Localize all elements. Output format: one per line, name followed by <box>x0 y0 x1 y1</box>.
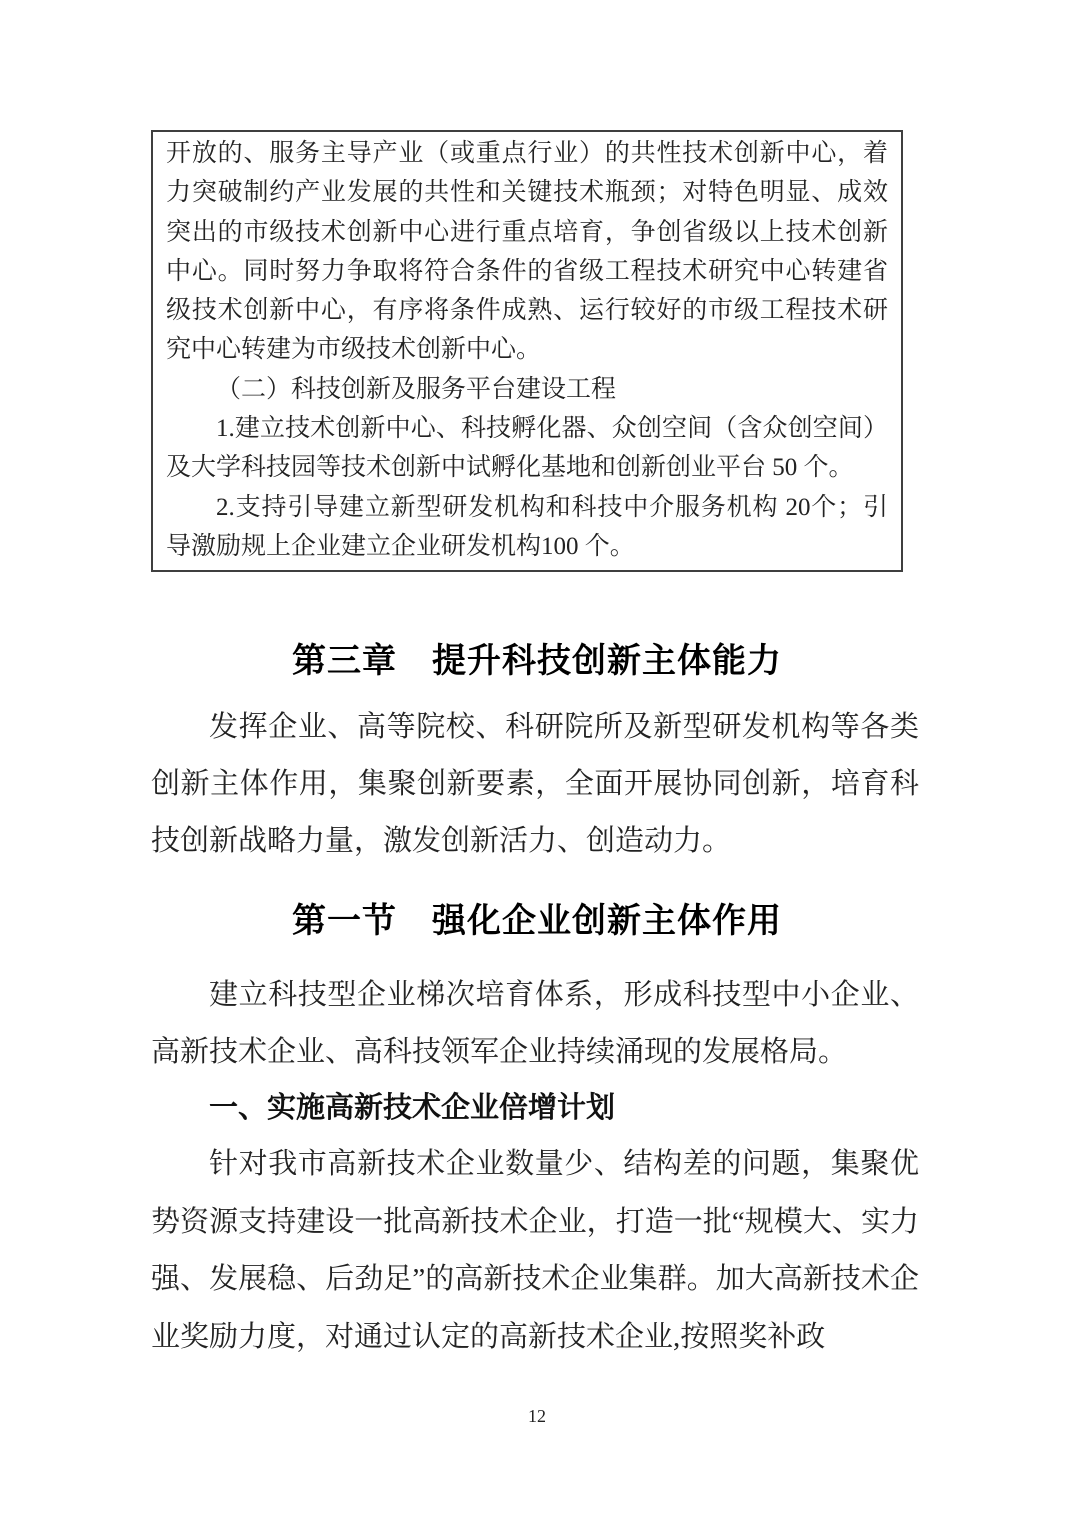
page-number: 12 <box>0 1406 1074 1427</box>
boxed-paragraph-continuation: 开放的、服务主导产业（或重点行业）的共性技术创新中心，着力突破制约产业发展的共性… <box>166 134 888 370</box>
boxed-paragraph-item-1: 1.建立技术创新中心、科技孵化器、众创空间（含众创空间）及大学科技园等技术创新中… <box>166 409 888 488</box>
subsection-body-paragraph: 针对我市高新技术企业数量少、结构差的问题，集聚优势资源支持建设一批高新技术企业，… <box>151 1136 919 1366</box>
chapter-heading: 第三章 提升科技创新主体能力 <box>0 644 1074 678</box>
section-heading: 第一节 强化企业创新主体作用 <box>0 904 1074 938</box>
boxed-paragraph-item-2: 2.支持引导建立新型研发机构和科技中介服务机构 20个；引导激励规上企业建立企业… <box>166 488 888 567</box>
chapter-intro-paragraph: 发挥企业、高等院校、科研院所及新型研发机构等各类创新主体作用，集聚创新要素，全面… <box>151 699 919 870</box>
boxed-callout: 开放的、服务主导产业（或重点行业）的共性技术创新中心，着力突破制约产业发展的共性… <box>151 130 903 572</box>
section-intro-paragraph: 建立科技型企业梯次培育体系，形成科技型中小企业、高新技术企业、高科技领军企业持续… <box>151 967 919 1081</box>
boxed-paragraph-subtitle: （二）科技创新及服务平台建设工程 <box>166 370 888 409</box>
subsection-heading: 一、实施高新技术企业倍增计划 <box>151 1091 919 1125</box>
document-page: 开放的、服务主导产业（或重点行业）的共性技术创新中心，着力突破制约产业发展的共性… <box>0 0 1074 1520</box>
